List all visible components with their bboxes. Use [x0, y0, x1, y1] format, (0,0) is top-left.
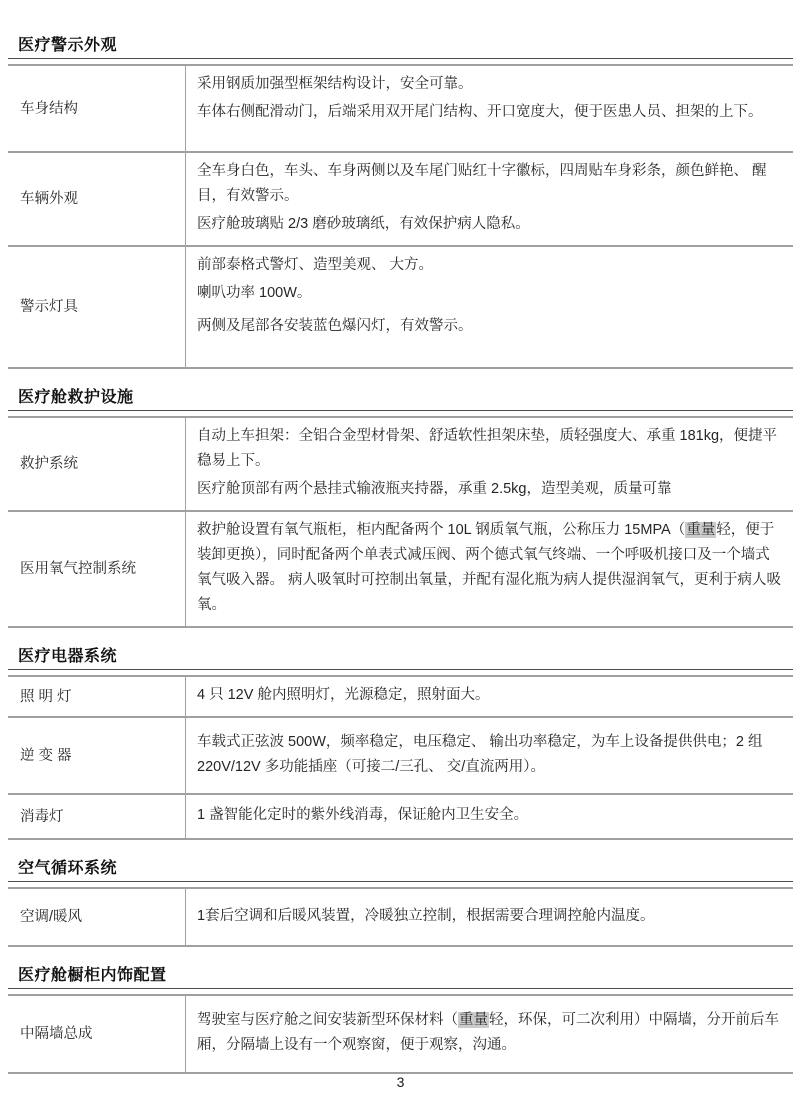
- spec-label-cell: 消毒灯: [8, 795, 186, 838]
- spec-paragraph: 采用钢质加强型框架结构设计，安全可靠。: [197, 72, 783, 97]
- spec-label: 空调/暖风: [20, 906, 82, 928]
- section-heading: 医疗电器系统: [8, 647, 793, 670]
- spec-value-cell: 全车身白色，车头、车身两侧以及车尾门贴红十字徽标，四周贴车身彩条，颜色鲜艳、 醒…: [186, 153, 793, 245]
- spec-value-cell: 采用钢质加强型框架结构设计，安全可靠。 车体右侧配滑动门，后端采用双开尾门结构、…: [186, 66, 793, 151]
- spec-paragraph: 车体右侧配滑动门，后端采用双开尾门结构、开口宽度大，便于医患人员、担架的上下。: [197, 100, 783, 125]
- section-medical-cabin-rescue-facilities: 医疗舱救护设施 救护系统 自动上车担架：全铝合金型材骨架、舒适软性担架床垫，质轻…: [8, 388, 793, 628]
- spec-label-cell: 车辆外观: [8, 153, 186, 245]
- section-medical-warning-appearance: 医疗警示外观 车身结构 采用钢质加强型框架结构设计，安全可靠。 车体右侧配滑动门…: [8, 36, 793, 369]
- spec-value-cell: 车载式正弦波 500W，频率稳定，电压稳定、 输出功率稳定，为车上设备提供供电；…: [186, 718, 793, 793]
- spec-value-cell: 1 盏智能化定时的紫外线消毒，保证舱内卫生安全。: [186, 795, 793, 838]
- spec-table: 车身结构 采用钢质加强型框架结构设计，安全可靠。 车体右侧配滑动门，后端采用双开…: [8, 64, 793, 369]
- spec-row-rescue-system: 救护系统 自动上车担架：全铝合金型材骨架、舒适软性担架床垫，质轻强度大、承重 1…: [8, 418, 793, 510]
- page-number: 3: [397, 1074, 405, 1090]
- spec-label: 车身结构: [20, 98, 78, 120]
- section-heading: 医疗舱橱柜内饰配置: [8, 966, 793, 989]
- spec-label: 车辆外观: [20, 188, 78, 210]
- spec-text: 驾驶室与医疗舱之间安装新型环保材料（: [197, 1012, 458, 1028]
- spec-label-cell: 车身结构: [8, 66, 186, 151]
- spec-paragraph: 4 只 12V 舱内照明灯，光源稳定，照射面大。: [197, 683, 783, 708]
- spec-paragraph: 医疗舱顶部有两个悬挂式输液瓶夹持器，承重 2.5kg，造型美观，质量可靠: [197, 477, 783, 502]
- spec-table: 空调/暖风 1套后空调和后暖风装置，冷暖独立控制，根据需要合理调控舱内温度。: [8, 887, 793, 947]
- section-medical-electrical-system: 医疗电器系统 照 明 灯 4 只 12V 舱内照明灯，光源稳定，照射面大。 逆 …: [8, 647, 793, 840]
- spec-label: 救护系统: [20, 453, 78, 475]
- spec-value-cell: 救护舱设置有氧气瓶柜，柜内配备两个 10L 钢质氧气瓶，公称压力 15MPA（重…: [186, 512, 793, 626]
- section-heading: 医疗舱救护设施: [8, 388, 793, 411]
- spec-label: 警示灯具: [20, 296, 78, 318]
- spec-row-lighting: 照 明 灯 4 只 12V 舱内照明灯，光源稳定，照射面大。: [8, 677, 793, 716]
- spec-table: 照 明 灯 4 只 12V 舱内照明灯，光源稳定，照射面大。 逆 变 器 车载式…: [8, 675, 793, 840]
- spec-label: 中隔墙总成: [20, 1023, 93, 1045]
- spec-value-cell: 1套后空调和后暖风装置，冷暖独立控制，根据需要合理调控舱内温度。: [186, 889, 793, 945]
- spec-paragraph: 自动上车担架：全铝合金型材骨架、舒适软性担架床垫，质轻强度大、承重 181kg，…: [197, 424, 783, 474]
- highlight-mark: 重量: [685, 522, 716, 538]
- spec-label-cell: 空调/暖风: [8, 889, 186, 945]
- spec-row-inverter: 逆 变 器 车载式正弦波 500W，频率稳定，电压稳定、 输出功率稳定，为车上设…: [8, 716, 793, 793]
- spec-paragraph: 前部泰格式警灯、造型美观、 大方。: [197, 253, 783, 278]
- spec-label: 照 明 灯: [20, 686, 72, 708]
- spec-paragraph: 救护舱设置有氧气瓶柜，柜内配备两个 10L 钢质氧气瓶，公称压力 15MPA（重…: [197, 518, 783, 618]
- spec-paragraph: 医疗舱玻璃贴 2/3 磨砂玻璃纸，有效保护病人隐私。: [197, 212, 783, 237]
- spec-paragraph: 驾驶室与医疗舱之间安装新型环保材料（重量轻，环保，可二次利用）中隔墙，分开前后车…: [197, 1008, 783, 1058]
- spec-row-ac-heater: 空调/暖风 1套后空调和后暖风装置，冷暖独立控制，根据需要合理调控舱内温度。: [8, 889, 793, 945]
- highlight-mark: 重量: [458, 1012, 489, 1028]
- section-heading: 医疗警示外观: [8, 36, 793, 59]
- spec-label-cell: 中隔墙总成: [8, 996, 186, 1072]
- spec-label: 逆 变 器: [20, 745, 72, 767]
- spec-table: 中隔墙总成 驾驶室与医疗舱之间安装新型环保材料（重量轻，环保，可二次利用）中隔墙…: [8, 994, 793, 1074]
- spec-table: 救护系统 自动上车担架：全铝合金型材骨架、舒适软性担架床垫，质轻强度大、承重 1…: [8, 416, 793, 628]
- spec-row-body-structure: 车身结构 采用钢质加强型框架结构设计，安全可靠。 车体右侧配滑动门，后端采用双开…: [8, 66, 793, 151]
- page-footer: 3: [8, 1074, 793, 1102]
- spec-label-cell: 照 明 灯: [8, 677, 186, 716]
- spec-label-cell: 逆 变 器: [8, 718, 186, 793]
- document-page: 医疗警示外观 车身结构 采用钢质加强型框架结构设计，安全可靠。 车体右侧配滑动门…: [0, 0, 800, 1074]
- spec-value-cell: 4 只 12V 舱内照明灯，光源稳定，照射面大。: [186, 677, 793, 716]
- spec-paragraph: 全车身白色，车头、车身两侧以及车尾门贴红十字徽标，四周贴车身彩条，颜色鲜艳、 醒…: [197, 159, 783, 209]
- spec-value-cell: 驾驶室与医疗舱之间安装新型环保材料（重量轻，环保，可二次利用）中隔墙，分开前后车…: [186, 996, 793, 1072]
- spec-paragraph: 车载式正弦波 500W，频率稳定，电压稳定、 输出功率稳定，为车上设备提供供电；…: [197, 730, 783, 780]
- spec-row-partition-wall: 中隔墙总成 驾驶室与医疗舱之间安装新型环保材料（重量轻，环保，可二次利用）中隔墙…: [8, 996, 793, 1072]
- spec-paragraph: 喇叭功率 100W。: [197, 281, 783, 306]
- spec-row-disinfection-lamp: 消毒灯 1 盏智能化定时的紫外线消毒，保证舱内卫生安全。: [8, 793, 793, 838]
- spec-row-vehicle-exterior: 车辆外观 全车身白色，车头、车身两侧以及车尾门贴红十字徽标，四周贴车身彩条，颜色…: [8, 151, 793, 245]
- spec-label: 医用氧气控制系统: [20, 558, 136, 580]
- spec-paragraph: 1 盏智能化定时的紫外线消毒，保证舱内卫生安全。: [197, 803, 783, 828]
- spec-text: 救护舱设置有氧气瓶柜，柜内配备两个 10L 钢质氧气瓶，公称压力 15MPA（: [197, 522, 685, 538]
- section-medical-cabin-cabinet-interior: 医疗舱橱柜内饰配置 中隔墙总成 驾驶室与医疗舱之间安装新型环保材料（重量轻，环保…: [8, 966, 793, 1074]
- spec-value-cell: 自动上车担架：全铝合金型材骨架、舒适软性担架床垫，质轻强度大、承重 181kg，…: [186, 418, 793, 510]
- section-air-circulation-system: 空气循环系统 空调/暖风 1套后空调和后暖风装置，冷暖独立控制，根据需要合理调控…: [8, 859, 793, 947]
- spec-label: 消毒灯: [20, 806, 64, 828]
- spec-row-oxygen-control-system: 医用氧气控制系统 救护舱设置有氧气瓶柜，柜内配备两个 10L 钢质氧气瓶，公称压…: [8, 510, 793, 626]
- section-heading: 空气循环系统: [8, 859, 793, 882]
- spec-label-cell: 救护系统: [8, 418, 186, 510]
- spec-label-cell: 警示灯具: [8, 247, 186, 367]
- spec-value-cell: 前部泰格式警灯、造型美观、 大方。 喇叭功率 100W。 两侧及尾部各安装蓝色爆…: [186, 247, 793, 367]
- spec-paragraph: 两侧及尾部各安装蓝色爆闪灯，有效警示。: [197, 314, 783, 339]
- spec-paragraph: 1套后空调和后暖风装置，冷暖独立控制，根据需要合理调控舱内温度。: [197, 904, 783, 929]
- spec-row-warning-lights: 警示灯具 前部泰格式警灯、造型美观、 大方。 喇叭功率 100W。 两侧及尾部各…: [8, 245, 793, 367]
- spec-label-cell: 医用氧气控制系统: [8, 512, 186, 626]
